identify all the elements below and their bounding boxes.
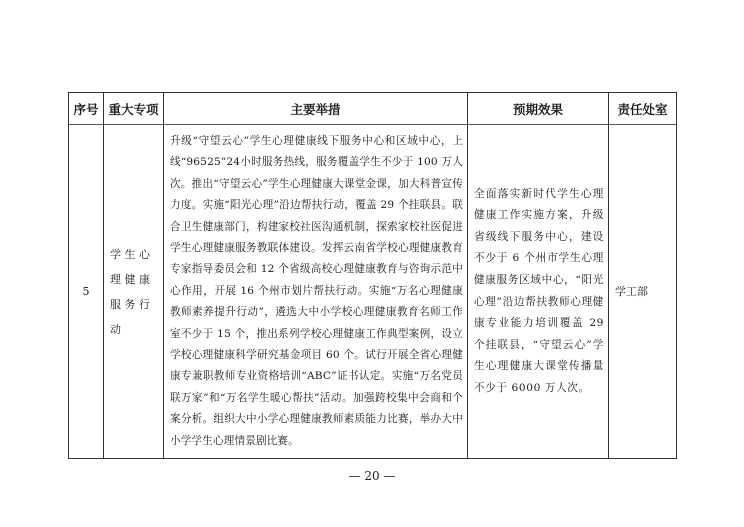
page-number: — 20 —	[0, 469, 744, 483]
measures-table: 序号 重大专项 主要举措 预期效果 责任处室 5 学生心理健康服务行动 升级“守…	[68, 92, 677, 459]
header-seq: 序号	[69, 93, 104, 125]
header-dept: 责任处室	[609, 93, 677, 125]
table-header-row: 序号 重大专项 主要举措 预期效果 责任处室	[69, 93, 677, 125]
header-effect: 预期效果	[468, 93, 609, 125]
header-measures: 主要举措	[164, 93, 468, 125]
cell-seq: 5	[69, 125, 104, 459]
cell-project: 学生心理健康服务行动	[104, 125, 164, 459]
cell-measures: 升级“守望云心”学生心理健康线下服务中心和区域中心，上线“96525”24小时服…	[164, 125, 468, 459]
dept-label: 学工部	[615, 283, 676, 299]
table-row: 5 学生心理健康服务行动 升级“守望云心”学生心理健康线下服务中心和区域中心，上…	[69, 125, 677, 459]
header-project: 重大专项	[104, 93, 164, 125]
cell-effect: 全面落实新时代学生心理健康工作实施方案，升级省级线下服务中心，建设不少于 6 个…	[468, 125, 609, 459]
cell-dept: 学工部	[609, 125, 677, 459]
